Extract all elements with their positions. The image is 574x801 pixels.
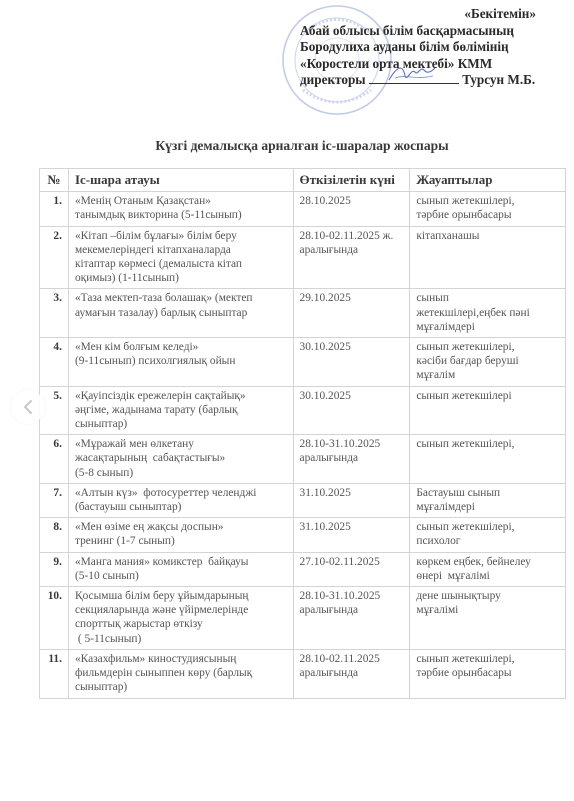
event-name-line: «Мұражай мен өлкетану: [75, 437, 288, 451]
event-name-cell: «Мен өзіме ең жақсы доспын»тренинг (1-7 …: [68, 518, 293, 552]
row-number: 2.: [40, 226, 69, 289]
date-line: аралығында: [300, 666, 405, 680]
event-name-cell: «Мен кім болғым келеді»(9-11сынып) психо…: [68, 338, 293, 387]
document-title: Күзгі демалысқа арналған іс-шаралар жосп…: [0, 138, 574, 154]
event-name-line: ( 5-11сынып): [75, 632, 288, 646]
responsible-line: мұғалімі: [416, 603, 560, 617]
responsible-line: мұғалімдері: [416, 500, 560, 514]
responsible-cell: сынып жетекшілері,тәрбие орынбасары: [410, 192, 566, 226]
responsible-line: сынып жетекшілері,: [416, 437, 560, 451]
table-row: 10.Қосымша білім беру ұйымдарыныңсекциял…: [40, 587, 566, 650]
row-number: 1.: [40, 192, 69, 226]
responsible-cell: сынып жетекшілері,психолог: [410, 518, 566, 552]
event-name-line: фильмдерін сыныппен көру (барлық: [75, 666, 288, 680]
responsible-cell: дене шынықтырумұғалімі: [410, 587, 566, 650]
table-row: 1.«Менің Отаным Қазақстан»танымдық викто…: [40, 192, 566, 226]
date-line: аралығында: [300, 243, 405, 257]
table-row: 9.«Манга мания» комикстер байқауы(5-10 с…: [40, 552, 566, 586]
table-body: 1.«Менің Отаным Қазақстан»танымдық викто…: [40, 192, 566, 698]
header-event-name: Іс-шара атауы: [68, 169, 293, 192]
date-cell: 28.10-02.11.2025 ж.аралығында: [293, 226, 410, 289]
table-row: 5.«Қауіпсіздік ережелерін сақтайық»әңгім…: [40, 386, 566, 435]
date-cell: 28.10.2025: [293, 192, 410, 226]
date-line: 28.10.2025: [300, 194, 405, 208]
date-cell: 28.10-31.10.2025аралығында: [293, 587, 410, 650]
approve-title: «Бекітемін»: [300, 6, 562, 23]
approval-line: Абай облысы білім басқармасының: [300, 23, 562, 40]
event-name-line: «Манга мания» комикстер байқауы: [75, 555, 288, 569]
event-name-line: (5-8 сынып): [75, 466, 288, 480]
responsible-line: психолог: [416, 534, 560, 548]
responsible-cell: сынып жетекшілері,тәрбие орынбасары: [410, 649, 566, 698]
event-name-line: сыныптар): [75, 680, 288, 694]
event-name-line: (9-11сынып) психолгиялық ойын: [75, 354, 288, 368]
event-name-cell: «Кітап –білім бұлағы» білім берумекемеле…: [68, 226, 293, 289]
row-number: 10.: [40, 587, 69, 650]
date-line: аралығында: [300, 451, 405, 465]
event-name-cell: Қосымша білім беру ұйымдарыныңсекциялары…: [68, 587, 293, 650]
responsible-cell: кітапханашы: [410, 226, 566, 289]
row-number: 4.: [40, 338, 69, 387]
responsible-cell: Бастауыш сыныпмұғалімдері: [410, 483, 566, 517]
responsible-line: кәсіби бағдар беруші: [416, 354, 560, 368]
responsible-line: өнері мұғалімі: [416, 569, 560, 583]
event-name-line: тренинг (1-7 сынып): [75, 534, 288, 548]
event-name-line: танымдық викторина (5-11сынып): [75, 208, 288, 222]
date-line: 30.10.2025: [300, 389, 405, 403]
row-number: 9.: [40, 552, 69, 586]
approval-block: «Бекітемін» Абай облысы білім басқармасы…: [300, 6, 562, 89]
responsible-line: сынып: [416, 291, 560, 305]
event-name-line: аумағын тазалау) барлық сыныптар: [75, 306, 288, 320]
event-name-line: «Мен кім болғым келеді»: [75, 340, 288, 354]
signature-line: [369, 72, 459, 84]
date-line: 28.10-02.11.2025: [300, 652, 405, 666]
date-line: 31.10.2025: [300, 486, 405, 500]
signature-icon: [387, 62, 437, 84]
row-number: 8.: [40, 518, 69, 552]
date-cell: 27.10-02.11.2025: [293, 552, 410, 586]
responsible-cell: сынып жетекшілері: [410, 386, 566, 435]
date-line: 28.10-02.11.2025 ж.: [300, 229, 405, 243]
director-label: директоры: [300, 72, 366, 87]
responsible-line: сынып жетекшілері,: [416, 194, 560, 208]
responsible-line: сынып жетекшілері: [416, 389, 560, 403]
event-name-line: спорттық жарыстар өткізу: [75, 617, 288, 631]
event-name-line: «Мен өзіме ең жақсы доспын»: [75, 520, 288, 534]
row-number: 3.: [40, 289, 69, 338]
event-name-line: әңгіме, жадынама тарату (барлық: [75, 403, 288, 417]
responsible-line: көркем еңбек, бейнелеу: [416, 555, 560, 569]
director-name: Турсун М.Б.: [462, 72, 535, 87]
event-name-line: «Казахфильм» киностудиясының: [75, 652, 288, 666]
event-name-line: «Қауіпсіздік ережелерін сақтайық»: [75, 389, 288, 403]
event-name-line: секцияларында және үйірмелерінде: [75, 603, 288, 617]
date-line: 28.10-31.10.2025: [300, 437, 405, 451]
event-name-cell: «Казахфильм» киностудиясыныңфильмдерін с…: [68, 649, 293, 698]
event-name-line: «Кітап –білім бұлағы» білім беру: [75, 229, 288, 243]
event-name-line: (5-10 сынып): [75, 569, 288, 583]
event-name-cell: «Манга мания» комикстер байқауы(5-10 сын…: [68, 552, 293, 586]
row-number: 6.: [40, 435, 69, 484]
table-row: 6.«Мұражай мен өлкетанужасақтарының саба…: [40, 435, 566, 484]
responsible-cell: сынып жетекшілері,: [410, 435, 566, 484]
date-cell: 29.10.2025: [293, 289, 410, 338]
event-name-line: оқимыз) (1-11сынып): [75, 271, 288, 285]
responsible-line: тәрбие орынбасары: [416, 666, 560, 680]
table-row: 2.«Кітап –білім бұлағы» білім берумекеме…: [40, 226, 566, 289]
events-plan-table: № Іс-шара атауы Өткізілетін күні Жауапты…: [39, 168, 566, 699]
header-responsible: Жауаптылар: [410, 169, 566, 192]
responsible-line: тәрбие орынбасары: [416, 208, 560, 222]
responsible-line: сынып жетекшілері,: [416, 520, 560, 534]
date-line: 28.10-31.10.2025: [300, 589, 405, 603]
responsible-cell: сыныпжетекшілері,еңбек пәнімұғалімдері: [410, 289, 566, 338]
event-name-line: сыныптар): [75, 417, 288, 431]
responsible-line: Бастауыш сынып: [416, 486, 560, 500]
event-name-cell: «Менің Отаным Қазақстан»танымдық виктори…: [68, 192, 293, 226]
date-cell: 30.10.2025: [293, 386, 410, 435]
event-name-line: «Менің Отаным Қазақстан»: [75, 194, 288, 208]
table-header-row: № Іс-шара атауы Өткізілетін күні Жауапты…: [40, 169, 566, 192]
responsible-line: кітапханашы: [416, 229, 560, 243]
row-number: 11.: [40, 649, 69, 698]
date-line: 31.10.2025: [300, 520, 405, 534]
responsible-line: сынып жетекшілері,: [416, 652, 560, 666]
table-row: 11.«Казахфильм» киностудиясыныңфильмдері…: [40, 649, 566, 698]
date-cell: 28.10-31.10.2025аралығында: [293, 435, 410, 484]
event-name-line: «Таза мектеп-таза болашақ» (мектеп: [75, 291, 288, 305]
table-row: 4.«Мен кім болғым келеді»(9-11сынып) пси…: [40, 338, 566, 387]
event-name-line: Қосымша білім беру ұйымдарының: [75, 589, 288, 603]
date-line: 30.10.2025: [300, 340, 405, 354]
event-name-line: кітаптар көрмесі (демалыста кітап: [75, 257, 288, 271]
event-name-cell: «Мұражай мен өлкетанужасақтарының сабақт…: [68, 435, 293, 484]
responsible-line: сынып жетекшілері,: [416, 340, 560, 354]
director-line: директоры Турсун М.Б.: [300, 72, 562, 89]
date-cell: 31.10.2025: [293, 483, 410, 517]
table-row: 8.«Мен өзіме ең жақсы доспын»тренинг (1-…: [40, 518, 566, 552]
responsible-line: мұғалімдері: [416, 320, 560, 334]
header-number: №: [40, 169, 69, 192]
event-name-cell: «Қауіпсіздік ережелерін сақтайық»әңгіме,…: [68, 386, 293, 435]
event-name-line: мекемелеріндегі кітапханаларда: [75, 243, 288, 257]
responsible-cell: сынып жетекшілері,кәсіби бағдар берушімұ…: [410, 338, 566, 387]
chevron-left-icon: [22, 399, 34, 415]
table-row: 3.«Таза мектеп-таза болашақ» (мектепаума…: [40, 289, 566, 338]
previous-slide-button[interactable]: [11, 390, 45, 424]
row-number: 7.: [40, 483, 69, 517]
responsible-line: жетекшілері,еңбек пәні: [416, 306, 560, 320]
responsible-line: дене шынықтыру: [416, 589, 560, 603]
event-name-cell: «Таза мектеп-таза болашақ» (мектепаумағы…: [68, 289, 293, 338]
responsible-cell: көркем еңбек, бейнелеуөнері мұғалімі: [410, 552, 566, 586]
date-line: аралығында: [300, 603, 405, 617]
event-name-line: (бастауыш сыныптар): [75, 500, 288, 514]
event-name-line: жасақтарының сабақтастығы»: [75, 451, 288, 465]
responsible-line: мұғалім: [416, 368, 560, 382]
date-line: 29.10.2025: [300, 291, 405, 305]
event-name-cell: «Алтын күз» фотосуреттер челенджі(бастау…: [68, 483, 293, 517]
date-cell: 31.10.2025: [293, 518, 410, 552]
approval-line: Бородулиха ауданы білім бөлімінің: [300, 39, 562, 56]
date-line: 27.10-02.11.2025: [300, 555, 405, 569]
event-name-line: «Алтын күз» фотосуреттер челенджі: [75, 486, 288, 500]
header-date: Өткізілетін күні: [293, 169, 410, 192]
table-row: 7.«Алтын күз» фотосуреттер челенджі(баст…: [40, 483, 566, 517]
date-cell: 28.10-02.11.2025аралығында: [293, 649, 410, 698]
date-cell: 30.10.2025: [293, 338, 410, 387]
